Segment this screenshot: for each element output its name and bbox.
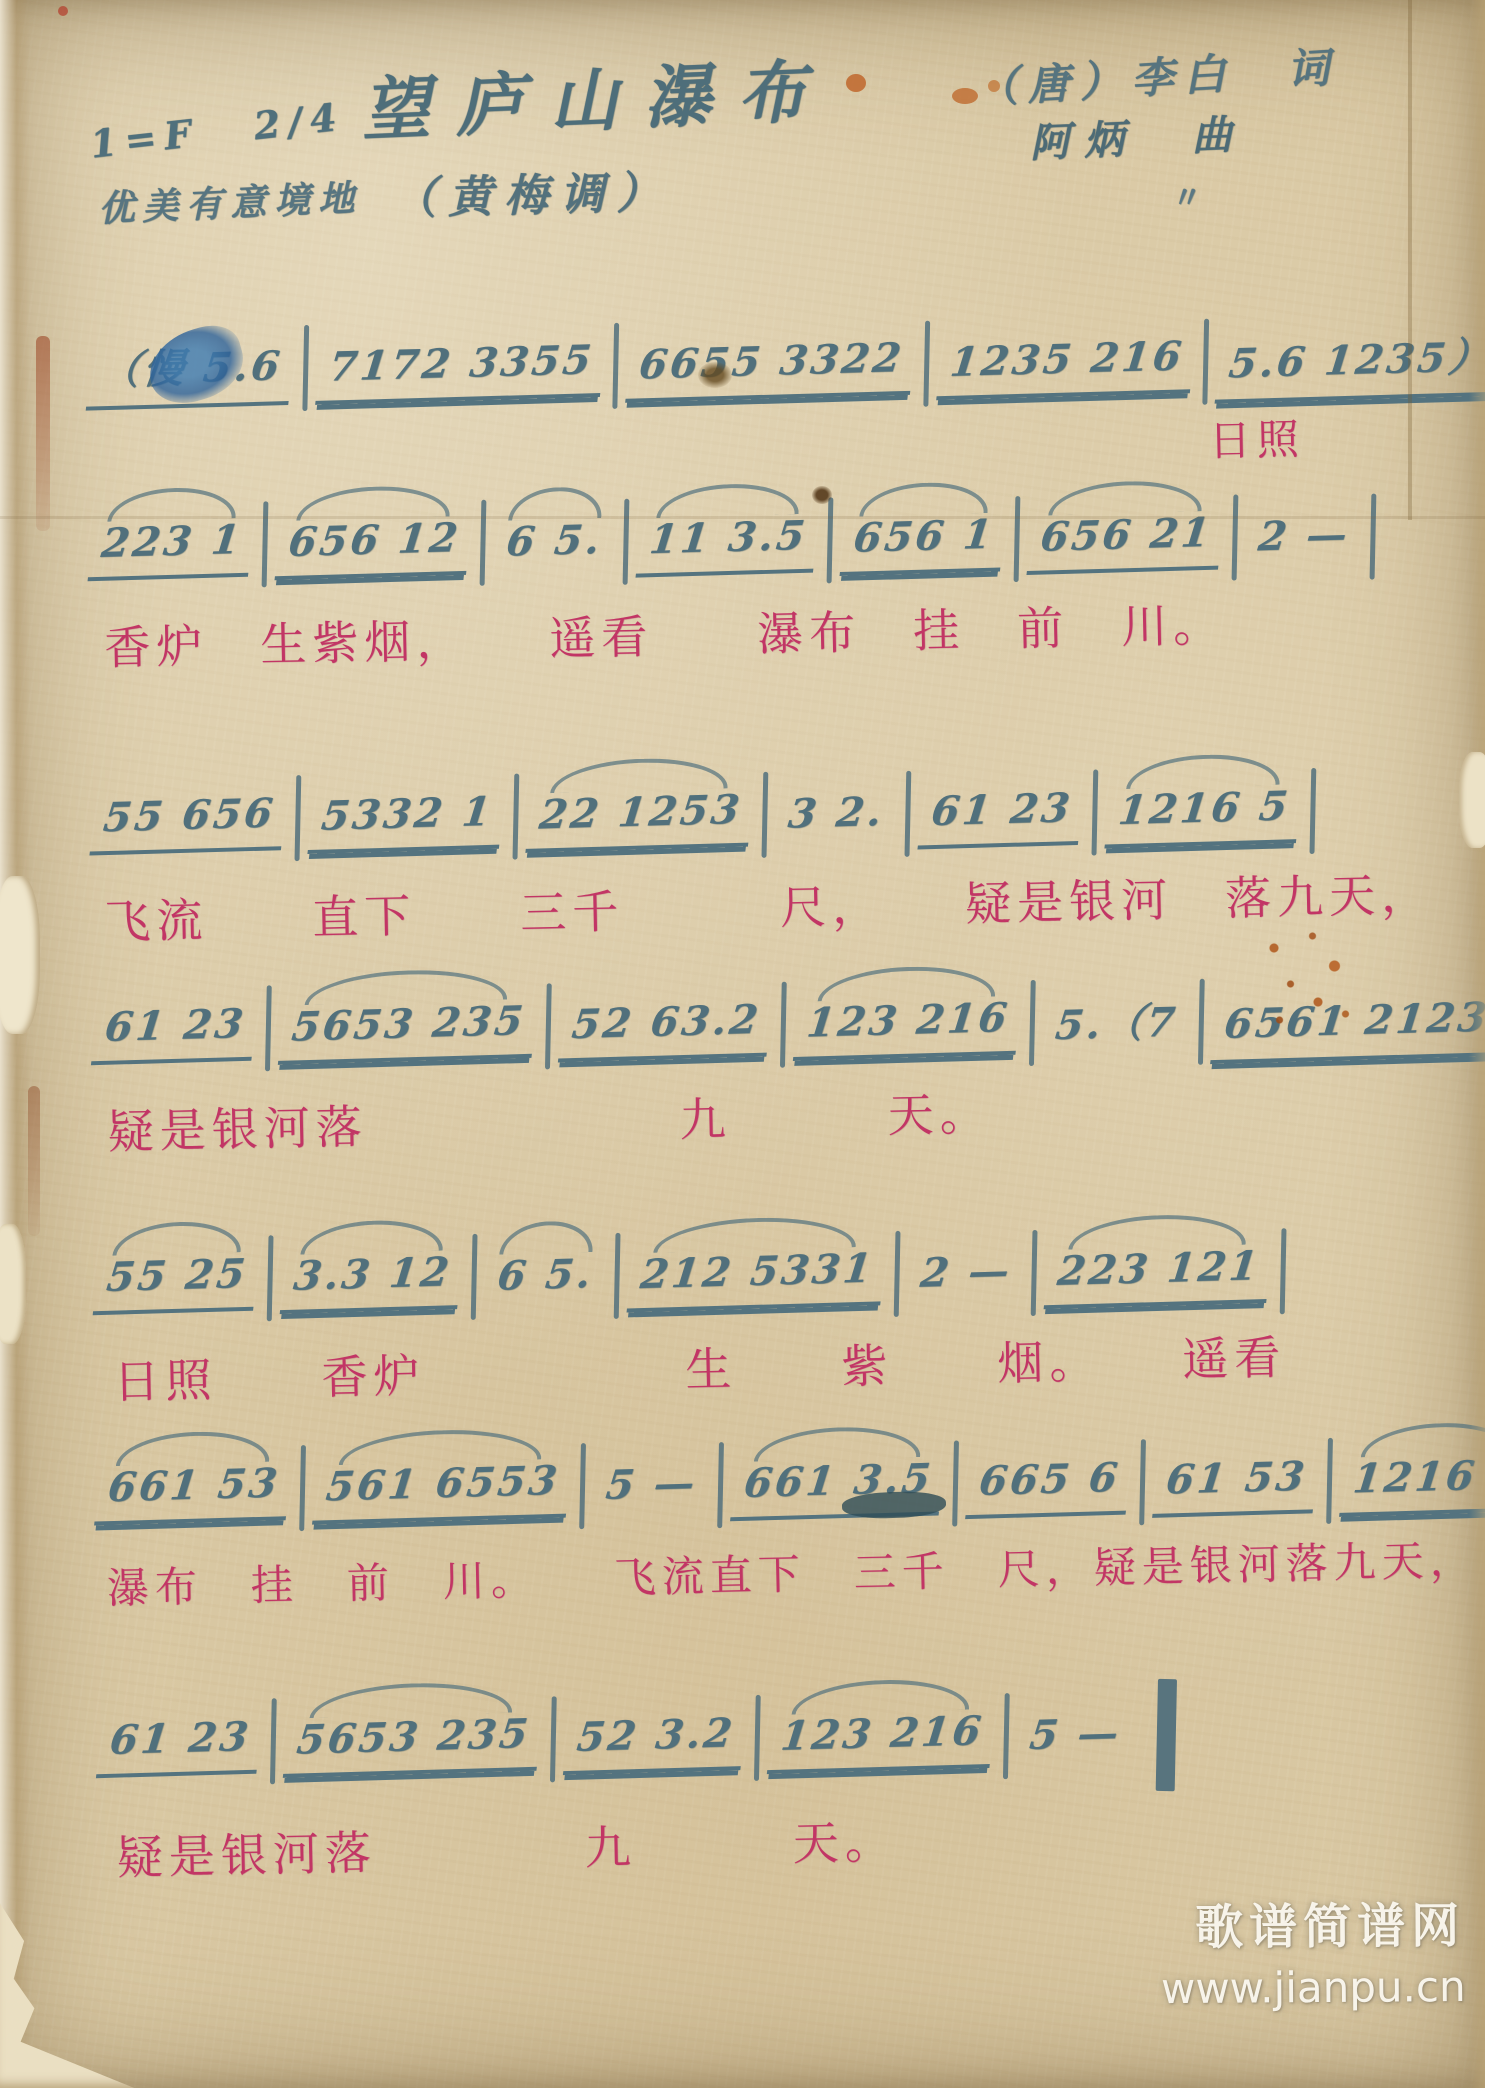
barline: [1203, 319, 1210, 405]
measure: 6 5.: [484, 1243, 607, 1309]
lyrics-line: 日照 香炉 生 紫 烟。 遥看: [113, 1317, 1476, 1412]
barline: [1091, 769, 1098, 855]
barline: [299, 1445, 306, 1531]
measure: 5 —: [1016, 1703, 1134, 1769]
barline: [471, 1234, 478, 1320]
measure: 656 1: [840, 504, 1008, 576]
measure: 52 3.2: [563, 1703, 748, 1775]
barline: [1370, 494, 1377, 580]
barline: [754, 1695, 761, 1781]
barline: [579, 1443, 586, 1529]
barline: [267, 1235, 274, 1321]
measure: 61 23: [96, 1706, 264, 1778]
barline: [614, 1233, 621, 1319]
measure: 561 6553: [312, 1450, 573, 1524]
lyrics-line: 疑是银河落 九 天。: [116, 1793, 1479, 1888]
watermark: 歌谱简谱网 www.jianpu.cn: [1160, 1887, 1465, 2013]
measure: 1235 216: [936, 326, 1197, 400]
notation-row: 55 253.3 126 5.212 53312 —223 121: [96, 1227, 1475, 1323]
barline: [923, 321, 930, 407]
lyrics-line: 飞流 直下 三千 尺， 疑是银河 落九天，: [103, 857, 1472, 952]
measure: 223 1: [88, 509, 256, 581]
barline: [270, 1698, 277, 1784]
barline: [717, 1442, 724, 1528]
measure: 61 23: [917, 777, 1085, 849]
barline: [295, 775, 302, 861]
measure: 7172 3355: [315, 329, 607, 404]
barline: [1326, 1438, 1333, 1524]
barline: [612, 323, 619, 409]
measure: 1216 5: [1104, 776, 1303, 848]
lyrics-line: 疑是银河落 九 天。: [107, 1067, 1474, 1162]
barline: [827, 497, 834, 583]
page-title: 望庐山瀑布: [360, 37, 834, 154]
barline: [1198, 979, 1205, 1065]
barline: [545, 983, 552, 1069]
measure: 3.3 12: [280, 1242, 465, 1314]
barline: [762, 772, 769, 858]
measure: 61 53: [1152, 1446, 1320, 1518]
tempo-expression: 优美有意境地: [97, 170, 363, 232]
measure: 5653 235: [283, 1703, 544, 1777]
measure: 223 121: [1044, 1235, 1274, 1308]
measure: 22 1253: [526, 779, 756, 852]
barline: [893, 1231, 900, 1317]
music-line: 61 235653 23552 63.2123 2165.（76561 2123…: [95, 977, 1474, 1153]
composer-credit: 阿炳 曲: [1029, 103, 1247, 169]
barline: [622, 499, 629, 585]
ditto-mark: 〃: [1172, 173, 1202, 217]
barline: [1014, 496, 1021, 582]
notation-row: 61 235653 23552 3.2123 2165 —: [99, 1677, 1478, 1799]
measure: 661 53: [94, 1453, 293, 1525]
meter: 2/4: [251, 94, 346, 149]
barline: [1309, 768, 1316, 854]
measure: （慢 5.6: [86, 327, 297, 410]
measure: 123 216: [767, 1700, 997, 1773]
measure: 656 21: [1027, 502, 1226, 574]
measure: 5332 1: [307, 781, 506, 853]
notation-row: 661 53561 65535 —661 3.5665 661 531216 5: [98, 1437, 1477, 1533]
measure: 11 3.5: [635, 505, 820, 577]
measure: 5.（7: [1042, 984, 1192, 1061]
measure: 5.6 1235）: [1215, 318, 1485, 403]
measure: 6655 3322: [625, 327, 917, 402]
measure: 52 63.2: [558, 989, 774, 1062]
score-area: （慢 5.67172 33556655 33221235 2165.6 1235…: [0, 0, 1478, 5]
measure: 212 5331: [626, 1238, 887, 1312]
notation-row: 55 6565332 122 12533 2.61 231216 5: [93, 767, 1472, 863]
lyrics-line: 日照: [1208, 403, 1469, 468]
measure: 5 —: [592, 1453, 710, 1519]
key-meter: 1=F 2/4: [88, 94, 347, 167]
barline: [265, 985, 272, 1071]
measure: 123 216: [793, 987, 1023, 1060]
measure: 656 12: [275, 507, 474, 579]
notation-row: （慢 5.67172 33556655 33221235 2165.6 1235…: [90, 317, 1469, 413]
measure: 61 23: [91, 993, 259, 1065]
measure: 2 —: [907, 1240, 1025, 1306]
barline: [550, 1696, 557, 1782]
lyricist-credit: （唐）李白 词: [974, 34, 1341, 115]
barline: [302, 325, 309, 411]
music-line: 61 235653 23552 3.2123 2165 —疑是银河落 九 天。: [99, 1677, 1478, 1879]
sheet-music-page: 1=F 2/4 优美有意境地 望庐山瀑布 （黄梅调） （唐）李白 词 阿炳 曲 …: [0, 0, 1485, 2088]
lyrics-line: 瀑布 挂 前 川。 飞流直下 三千 尺，疑是银河落九天，: [106, 1527, 1477, 1616]
measure: 55 656: [89, 783, 288, 855]
measure: 2 —: [1245, 504, 1363, 570]
measure: 55 25: [93, 1243, 261, 1315]
measure: 665 6: [965, 1447, 1133, 1519]
music-line: 661 53561 65535 —661 3.5665 661 531216 5…: [98, 1437, 1477, 1607]
notation-row: 61 235653 23552 63.2123 2165.（76561 2123…: [95, 977, 1474, 1073]
measure: 661 3.5: [730, 1448, 946, 1521]
barline: [904, 771, 911, 857]
notation-row: 223 1656 126 5.11 3.5656 1656 212 —: [91, 493, 1470, 589]
barline: [1031, 1230, 1038, 1316]
music-line: 55 6565332 122 12533 2.61 231216 5飞流 直下 …: [93, 767, 1472, 943]
barline: [1029, 980, 1036, 1066]
barline: [1003, 1693, 1010, 1779]
watermark-site-url: www.jianpu.cn: [1161, 1962, 1466, 2013]
music-line: （慢 5.67172 33556655 33221235 2165.6 1235…: [90, 317, 1469, 475]
key-signature: 1=F: [88, 110, 202, 167]
barline: [1139, 1439, 1146, 1525]
measure: 6 5.: [493, 509, 616, 575]
barline: [1232, 495, 1239, 581]
barline: [1280, 1228, 1287, 1314]
music-line: 223 1656 126 5.11 3.5656 1656 212 —香炉 生紫…: [91, 493, 1470, 669]
page-content: 1=F 2/4 优美有意境地 望庐山瀑布 （黄梅调） （唐）李白 词 阿炳 曲 …: [0, 0, 1485, 2088]
music-line: 55 253.3 126 5.212 53312 —223 121日照 香炉 生…: [96, 1227, 1475, 1403]
lyrics-line: 香炉 生紫烟， 遥看 瀑布 挂 前 川。: [104, 583, 1471, 678]
barline: [262, 501, 269, 587]
barline: [480, 500, 487, 586]
watermark-site-name: 歌谱简谱网: [1160, 1887, 1465, 1958]
barline: [952, 1440, 959, 1526]
measure: 5653 235: [278, 990, 539, 1064]
final-barline: [1156, 1679, 1177, 1791]
measure: 3 2.: [775, 781, 898, 847]
barline: [513, 774, 520, 860]
barline: [780, 982, 787, 1068]
measure: 6561 2123）: [1210, 977, 1485, 1063]
subtitle: （黄梅调）: [391, 156, 672, 227]
measure: 1216 5: [1339, 1444, 1485, 1516]
